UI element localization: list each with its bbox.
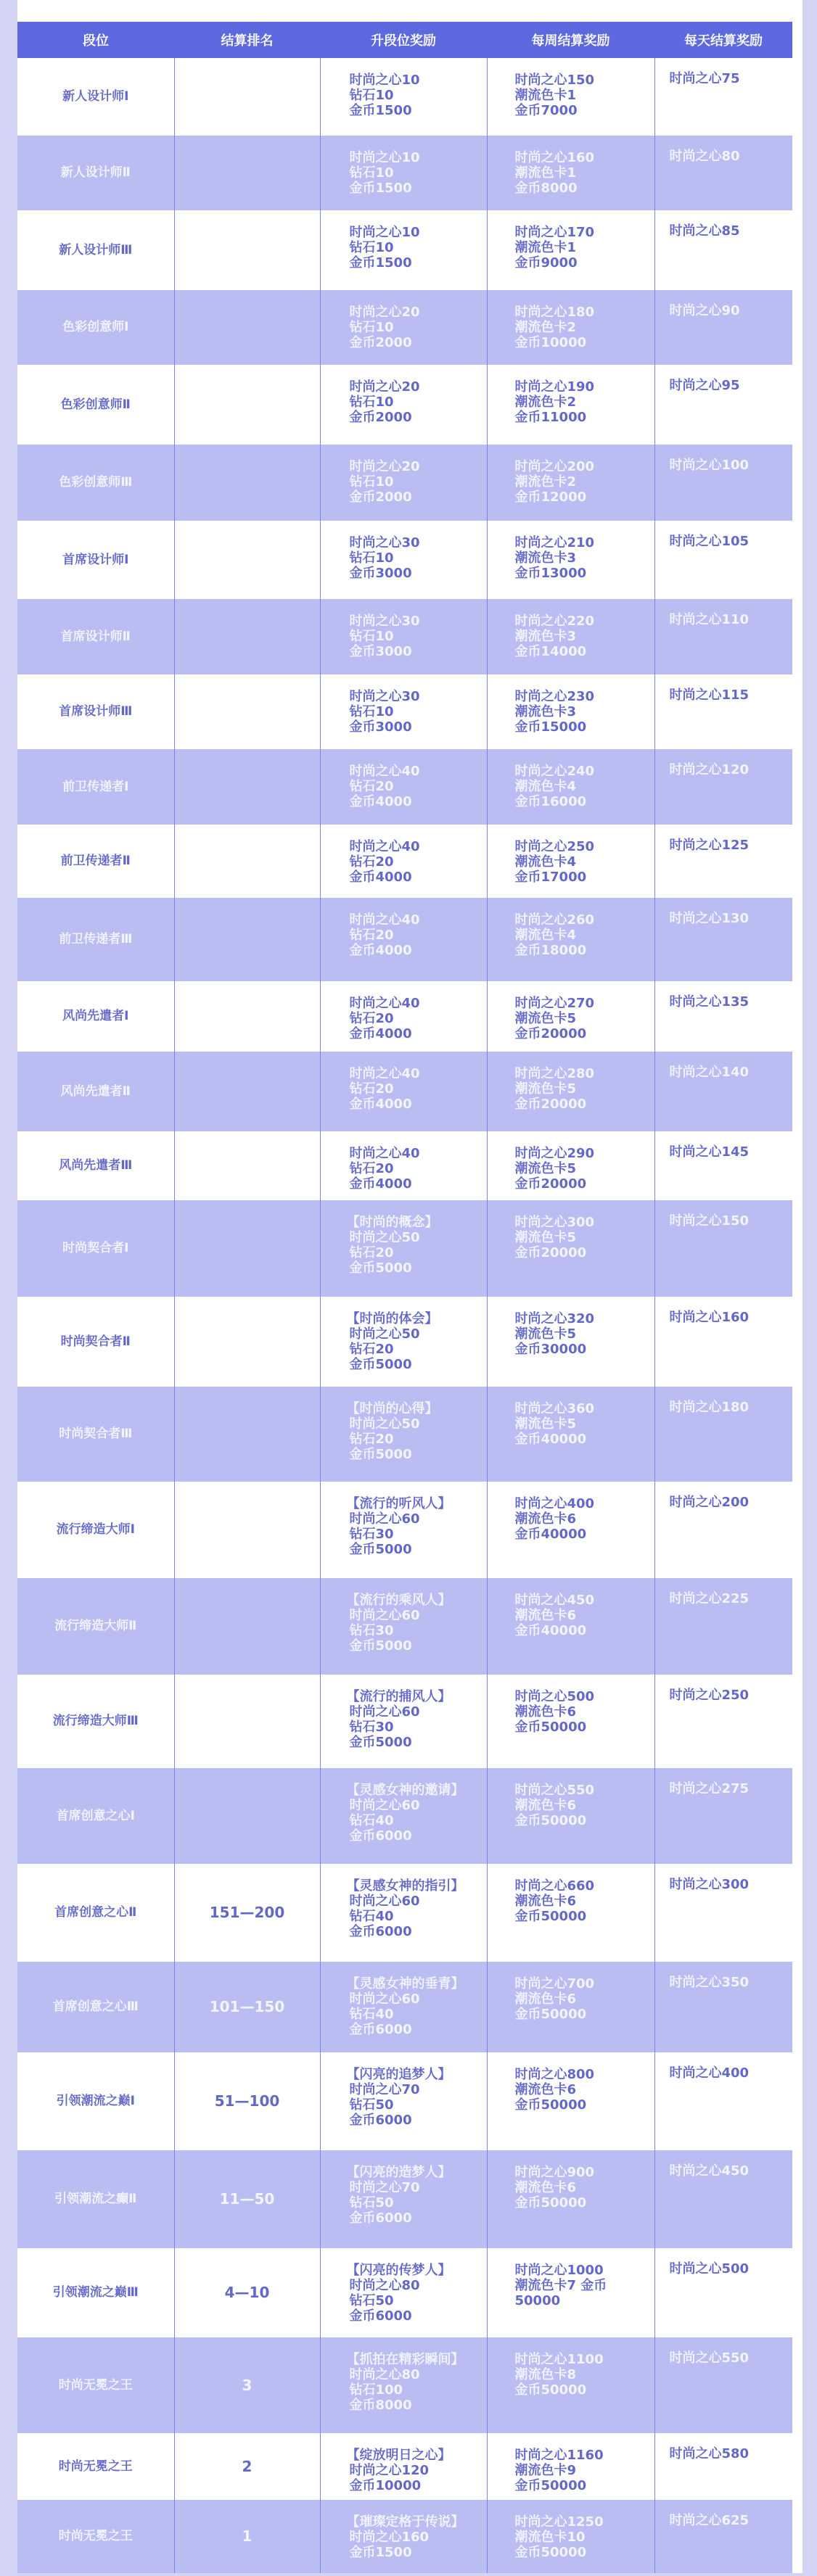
reward-line: 金币14000: [515, 644, 654, 659]
table-row: 流行缔造大师Ⅱ【流行的乘风人】时尚之心60钻石30金币5000时尚之心450潮流…: [17, 1578, 792, 1675]
rank-cell: [174, 445, 320, 521]
promotion-reward-cell: 【时尚的概念】时尚之心50钻石20金币5000: [320, 1200, 487, 1297]
reward-line: 时尚之心60: [350, 1511, 487, 1527]
tier-cell: 首席创意之心Ⅱ: [17, 1864, 174, 1962]
reward-line: 时尚之心1160: [515, 2448, 654, 2463]
tier-cell: 风尚先遣者Ⅱ: [17, 1052, 174, 1131]
tier-cell: 风尚先遣者Ⅰ: [17, 981, 174, 1052]
reward-line: 时尚之心50: [350, 1326, 487, 1342]
reward-line: 钻石10: [350, 395, 487, 410]
daily-reward-cell: 时尚之心105: [654, 521, 792, 599]
reward-line: 时尚之心225: [670, 1591, 793, 1606]
tier-cell: 新人设计师Ⅲ: [17, 210, 174, 290]
promotion-reward-cell: 时尚之心40钻石20金币4000: [320, 749, 487, 825]
reward-line: 时尚之心140: [670, 1065, 793, 1080]
reward-line: 金币50000: [515, 2097, 654, 2113]
promotion-reward-cell: 时尚之心40钻石20金币4000: [320, 825, 487, 898]
rank-cell: [174, 749, 320, 825]
reward-line: 金币3000: [350, 566, 487, 581]
table-row: 流行缔造大师Ⅲ【流行的捕风人】时尚之心60钻石30金币5000时尚之心500潮流…: [17, 1675, 792, 1768]
daily-reward-cell: 时尚之心250: [654, 1675, 792, 1768]
reward-line: 潮流色卡4: [515, 779, 654, 794]
reward-line: 时尚之心120: [350, 2463, 487, 2478]
tier-cell: 前卫传递者Ⅰ: [17, 749, 174, 825]
weekly-reward-cell: 时尚之心1100潮流色卡8金币50000: [487, 2337, 654, 2433]
tier-cell: 首席创意之心Ⅰ: [17, 1768, 174, 1864]
reward-line: 潮流色卡2: [515, 395, 654, 410]
reward-line: 潮流色卡2: [515, 474, 654, 490]
reward-line: 金币1500: [350, 181, 487, 196]
weekly-reward-cell: 时尚之心900潮流色卡6金币50000: [487, 2150, 654, 2248]
table-row: 首席设计师Ⅰ时尚之心30钻石10金币3000时尚之心210潮流色卡3金币1300…: [17, 521, 792, 599]
reward-line: 钻石10: [350, 704, 487, 719]
tier-cell: 流行缔造大师Ⅰ: [17, 1482, 174, 1578]
reward-line: 潮流色卡3: [515, 629, 654, 644]
reward-line: 时尚之心450: [515, 1593, 654, 1608]
reward-line: 金币5000: [350, 1638, 487, 1654]
daily-reward-cell: 时尚之心300: [654, 1864, 792, 1962]
daily-reward-cell: 时尚之心400: [654, 2052, 792, 2150]
promotion-reward-cell: 时尚之心10钻石10金币1500: [320, 58, 487, 136]
weekly-reward-cell: 时尚之心450潮流色卡6金币40000: [487, 1578, 654, 1675]
table-row: 新人设计师Ⅰ时尚之心10钻石10金币1500时尚之心150潮流色卡1金币7000…: [17, 58, 792, 136]
reward-line: 时尚之心900: [515, 2165, 654, 2180]
reward-line: 时尚之心60: [350, 1608, 487, 1623]
reward-line: 潮流色卡3: [515, 704, 654, 719]
table-row: 前卫传递者Ⅲ时尚之心40钻石20金币4000时尚之心260潮流色卡4金币1800…: [17, 898, 792, 981]
reward-line: 时尚之心550: [670, 2350, 793, 2366]
reward-line: 时尚之心800: [515, 2067, 654, 2082]
reward-line: 金币50000: [515, 1720, 654, 1735]
daily-reward-cell: 时尚之心580: [654, 2433, 792, 2500]
promotion-reward-cell: 【绽放明日之心】时尚之心120金币10000: [320, 2433, 487, 2500]
reward-line: 时尚之心240: [515, 764, 654, 779]
rank-cell: [174, 210, 320, 290]
rank-cell: [174, 674, 320, 749]
rank-cell: [174, 1297, 320, 1387]
tier-cell: 时尚契合者Ⅰ: [17, 1200, 174, 1297]
reward-line: 【闪亮的传梦人】: [347, 2263, 487, 2278]
weekly-reward-cell: 时尚之心280潮流色卡5金币20000: [487, 1052, 654, 1131]
table-row: 时尚契合者Ⅲ【时尚的心得】时尚之心50钻石20金币5000时尚之心360潮流色卡…: [17, 1387, 792, 1482]
table-row: 首席设计师Ⅲ时尚之心30钻石10金币3000时尚之心230潮流色卡3金币1500…: [17, 674, 792, 749]
reward-line: 金币6000: [350, 2113, 487, 2128]
reward-line: 潮流色卡5: [515, 1230, 654, 1245]
reward-line: 钻石30: [350, 1720, 487, 1735]
promotion-reward-cell: 【流行的乘风人】时尚之心60钻石30金币5000: [320, 1578, 487, 1675]
reward-line: 时尚之心85: [670, 223, 793, 239]
rank-cell: [174, 1482, 320, 1578]
reward-line: 时尚之心1250: [515, 2514, 654, 2530]
rank-cell: [174, 898, 320, 981]
reward-line: 金币3000: [350, 719, 487, 735]
weekly-reward-cell: 时尚之心660潮流色卡6金币50000: [487, 1864, 654, 1962]
reward-line: 【流行的听风人】: [347, 1496, 487, 1511]
reward-line: 时尚之心60: [350, 1798, 487, 1813]
tier-cell: 引领潮流之巅Ⅲ: [17, 2248, 174, 2337]
reward-line: 时尚之心400: [515, 1496, 654, 1511]
reward-line: 【闪亮的追梦人】: [347, 2067, 487, 2082]
promotion-reward-cell: 【闪亮的追梦人】时尚之心70钻石50金币6000: [320, 2052, 487, 2150]
reward-line: 钻石10: [350, 165, 487, 181]
reward-line: 时尚之心1100: [515, 2352, 654, 2367]
promotion-reward-cell: 【抓拍在精彩瞬间】时尚之心80钻石100金币8000: [320, 2337, 487, 2433]
reward-line: 潮流色卡4: [515, 928, 654, 943]
weekly-reward-cell: 时尚之心230潮流色卡3金币15000: [487, 674, 654, 749]
reward-line: 时尚之心200: [515, 459, 654, 474]
promotion-reward-cell: 【时尚的体会】时尚之心50钻石20金币5000: [320, 1297, 487, 1387]
reward-line: 金币17000: [515, 870, 654, 885]
reward-line: 钻石20: [350, 1011, 487, 1026]
reward-line: 时尚之心40: [350, 912, 487, 928]
reward-line: 钻石40: [350, 1813, 487, 1828]
tier-cell: 引领潮流之巅Ⅰ: [17, 2052, 174, 2150]
promotion-reward-cell: 【闪亮的造梦人】时尚之心70钻石50金币6000: [320, 2150, 487, 2248]
rank-cell: [174, 825, 320, 898]
daily-reward-cell: 时尚之心125: [654, 825, 792, 898]
reward-line: 潮流色卡4: [515, 854, 654, 870]
promotion-reward-cell: 【时尚的心得】时尚之心50钻石20金币5000: [320, 1387, 487, 1482]
reward-line: 金币11000: [515, 410, 654, 425]
tier-cell: 首席创意之心Ⅲ: [17, 1962, 174, 2052]
reward-line: 时尚之心130: [670, 911, 793, 926]
reward-line: 时尚之心350: [670, 1975, 793, 1990]
reward-line: 金币50000: [515, 2545, 654, 2560]
reward-line: 钻石10: [350, 629, 487, 644]
tier-cell: 首席设计师Ⅱ: [17, 599, 174, 674]
weekly-reward-cell: 时尚之心180潮流色卡2金币10000: [487, 290, 654, 365]
reward-line: 钻石20: [350, 779, 487, 794]
promotion-reward-cell: 时尚之心30钻石10金币3000: [320, 674, 487, 749]
promotion-reward-cell: 时尚之心30钻石10金币3000: [320, 521, 487, 599]
reward-line: 时尚之心160: [350, 2530, 487, 2545]
reward-line: 时尚之心20: [350, 305, 487, 320]
reward-line: 金币4000: [350, 1176, 487, 1192]
table-row: 新人设计师Ⅲ时尚之心10钻石10金币1500时尚之心170潮流色卡1金币9000…: [17, 210, 792, 290]
reward-line: 金币8000: [350, 2398, 487, 2413]
promotion-reward-cell: 时尚之心20钻石10金币2000: [320, 290, 487, 365]
reward-line: 金币50000: [515, 2007, 654, 2022]
reward-line: 时尚之心10: [350, 73, 487, 88]
reward-line: 金币12000: [515, 490, 654, 505]
tier-cell: 流行缔造大师Ⅱ: [17, 1578, 174, 1675]
reward-line: 时尚之心20: [350, 459, 487, 474]
reward-line: 时尚之心450: [670, 2163, 793, 2179]
reward-line: 钻石40: [350, 2007, 487, 2022]
reward-line: 金币50000: [515, 2195, 654, 2210]
reward-line: 时尚之心30: [350, 689, 487, 704]
reward-line: 潮流色卡9: [515, 2463, 654, 2478]
header-daily-reward: 每天结算奖励: [654, 22, 792, 58]
reward-line: 时尚之心70: [350, 2180, 487, 2195]
reward-line: 钻石50: [350, 2097, 487, 2113]
reward-line: 金币50000: [515, 1909, 654, 1924]
reward-line: 【灵感女神的邀请】: [347, 1783, 487, 1798]
rank-cell: 2: [174, 2433, 320, 2500]
reward-line: 时尚之心40: [350, 764, 487, 779]
reward-line: 钻石20: [350, 1245, 487, 1260]
reward-line: 金币7000: [515, 103, 654, 118]
weekly-reward-cell: 时尚之心400潮流色卡6金币40000: [487, 1482, 654, 1578]
reward-line: 时尚之心150: [515, 73, 654, 88]
rank-cell: [174, 1387, 320, 1482]
reward-line: 50000: [515, 2293, 654, 2308]
reward-line: 时尚之心500: [670, 2261, 793, 2276]
reward-line: 时尚之心180: [670, 1400, 793, 1415]
reward-line: 金币40000: [515, 1432, 654, 1447]
tier-cell: 新人设计师Ⅱ: [17, 136, 174, 210]
rank-cell: [174, 1675, 320, 1768]
reward-line: 金币1500: [350, 255, 487, 271]
reward-line: 时尚之心40: [350, 1066, 487, 1081]
table-row: 首席创意之心Ⅰ【灵感女神的邀请】时尚之心60钻石40金币6000时尚之心550潮…: [17, 1768, 792, 1864]
reward-line: 钻石10: [350, 240, 487, 255]
reward-line: 钻石10: [350, 550, 487, 566]
reward-line: 金币5000: [350, 1542, 487, 1557]
weekly-reward-cell: 时尚之心260潮流色卡4金币18000: [487, 898, 654, 981]
promotion-reward-cell: 时尚之心10钻石10金币1500: [320, 136, 487, 210]
reward-line: 时尚之心80: [670, 149, 793, 164]
promotion-reward-cell: 【灵感女神的指引】时尚之心60钻石40金币6000: [320, 1864, 487, 1962]
weekly-reward-cell: 时尚之心250潮流色卡4金币17000: [487, 825, 654, 898]
reward-line: 金币3000: [350, 644, 487, 659]
rank-cell: [174, 136, 320, 210]
reward-line: 金币20000: [515, 1097, 654, 1112]
tier-cell: 风尚先遣者Ⅲ: [17, 1131, 174, 1200]
reward-line: 钻石20: [350, 1342, 487, 1357]
weekly-reward-cell: 时尚之心1160潮流色卡9金币50000: [487, 2433, 654, 2500]
table-row: 首席设计师Ⅱ时尚之心30钻石10金币3000时尚之心220潮流色卡3金币1400…: [17, 599, 792, 674]
reward-line: 金币20000: [515, 1176, 654, 1192]
tier-cell: 色彩创意师Ⅱ: [17, 365, 174, 445]
table-row: 风尚先遣者Ⅰ时尚之心40钻石20金币4000时尚之心270潮流色卡5金币2000…: [17, 981, 792, 1052]
daily-reward-cell: 时尚之心225: [654, 1578, 792, 1675]
reward-line: 时尚之心320: [515, 1311, 654, 1326]
reward-line: 钻石10: [350, 88, 487, 103]
reward-line: 金币10000: [350, 2478, 487, 2493]
weekly-reward-cell: 时尚之心160潮流色卡1金币8000: [487, 136, 654, 210]
reward-line: 时尚之心10: [350, 225, 487, 240]
reward-line: 金币4000: [350, 794, 487, 809]
reward-line: 时尚之心580: [670, 2446, 793, 2461]
reward-line: 【璀璨定格于传说】: [347, 2514, 487, 2530]
reward-line: 金币30000: [515, 1342, 654, 1357]
table-row: 流行缔造大师Ⅰ【流行的听风人】时尚之心60钻石30金币5000时尚之心400潮流…: [17, 1482, 792, 1578]
daily-reward-cell: 时尚之心75: [654, 58, 792, 136]
header-promotion-reward: 升段位奖励: [320, 22, 487, 58]
reward-line: 【绽放明日之心】: [347, 2448, 487, 2463]
promotion-reward-cell: 时尚之心10钻石10金币1500: [320, 210, 487, 290]
reward-line: 潮流色卡5: [515, 1081, 654, 1097]
reward-line: 金币2000: [350, 490, 487, 505]
promotion-reward-cell: 时尚之心40钻石20金币4000: [320, 1052, 487, 1131]
table-row: 风尚先遣者Ⅲ时尚之心40钻石20金币4000时尚之心290潮流色卡5金币2000…: [17, 1131, 792, 1200]
weekly-reward-cell: 时尚之心270潮流色卡5金币20000: [487, 981, 654, 1052]
reward-line: 潮流色卡3: [515, 550, 654, 566]
promotion-reward-cell: 【灵感女神的邀请】时尚之心60钻石40金币6000: [320, 1768, 487, 1864]
reward-line: 时尚之心180: [515, 305, 654, 320]
reward-line: 时尚之心500: [515, 1689, 654, 1704]
reward-line: 金币18000: [515, 943, 654, 958]
weekly-reward-cell: 时尚之心500潮流色卡6金币50000: [487, 1675, 654, 1768]
table-body: 新人设计师Ⅰ时尚之心10钻石10金币1500时尚之心150潮流色卡1金币7000…: [17, 58, 792, 2573]
reward-line: 时尚之心145: [670, 1144, 793, 1160]
promotion-reward-cell: 【灵感女神的垂青】时尚之心60钻石40金币6000: [320, 1962, 487, 2052]
reward-line: 金币5000: [350, 1260, 487, 1276]
rank-cell: [174, 1578, 320, 1675]
table-row: 时尚契合者Ⅰ【时尚的概念】时尚之心50钻石20金币5000时尚之心300潮流色卡…: [17, 1200, 792, 1297]
daily-reward-cell: 时尚之心180: [654, 1387, 792, 1482]
reward-line: 潮流色卡6: [515, 1511, 654, 1527]
daily-reward-cell: 时尚之心275: [654, 1768, 792, 1864]
reward-line: 钻石40: [350, 1909, 487, 1924]
reward-line: 金币20000: [515, 1026, 654, 1041]
reward-line: 钻石50: [350, 2293, 487, 2308]
promotion-reward-cell: 时尚之心40钻石20金币4000: [320, 898, 487, 981]
reward-line: 时尚之心300: [515, 1215, 654, 1230]
reward-line: 时尚之心300: [670, 1877, 793, 1892]
reward-line: 潮流色卡6: [515, 1894, 654, 1909]
daily-reward-cell: 时尚之心130: [654, 898, 792, 981]
reward-line: 时尚之心125: [670, 838, 793, 853]
daily-reward-cell: 时尚之心160: [654, 1297, 792, 1387]
reward-line: 【灵感女神的垂青】: [347, 1976, 487, 1991]
rank-cell: [174, 1200, 320, 1297]
tier-cell: 流行缔造大师Ⅲ: [17, 1675, 174, 1768]
reward-line: 潮流色卡1: [515, 88, 654, 103]
reward-line: 金币2000: [350, 335, 487, 350]
rank-cell: 51—100: [174, 2052, 320, 2150]
reward-line: 时尚之心60: [350, 1991, 487, 2007]
reward-line: 潮流色卡6: [515, 1704, 654, 1720]
rank-cell: [174, 599, 320, 674]
reward-line: 金币2000: [350, 410, 487, 425]
daily-reward-cell: 时尚之心135: [654, 981, 792, 1052]
weekly-reward-cell: 时尚之心170潮流色卡1金币9000: [487, 210, 654, 290]
reward-line: 金币5000: [350, 1357, 487, 1372]
reward-line: 潮流色卡8: [515, 2367, 654, 2382]
tier-cell: 色彩创意师Ⅰ: [17, 290, 174, 365]
tier-cell: 时尚无冕之王: [17, 2433, 174, 2500]
tier-cell: 前卫传递者Ⅲ: [17, 898, 174, 981]
reward-line: 【流行的捕风人】: [347, 1689, 487, 1704]
reward-line: 时尚之心190: [515, 379, 654, 395]
reward-line: 时尚之心660: [515, 1878, 654, 1894]
tier-cell: 新人设计师Ⅰ: [17, 58, 174, 136]
reward-line: 金币50000: [515, 2382, 654, 2398]
weekly-reward-cell: 时尚之心300潮流色卡5金币20000: [487, 1200, 654, 1297]
reward-line: 金币10000: [515, 335, 654, 350]
reward-line: 金币4000: [350, 1097, 487, 1112]
weekly-reward-cell: 时尚之心1250潮流色卡10金币50000: [487, 2500, 654, 2573]
reward-line: 时尚之心40: [350, 996, 487, 1011]
reward-line: 时尚之心150: [670, 1213, 793, 1229]
reward-line: 潮流色卡5: [515, 1326, 654, 1342]
reward-line: 潮流色卡6: [515, 1608, 654, 1623]
promotion-reward-cell: 【流行的捕风人】时尚之心60钻石30金币5000: [320, 1675, 487, 1768]
daily-reward-cell: 时尚之心95: [654, 365, 792, 445]
reward-line: 时尚之心10: [350, 150, 487, 165]
reward-line: 金币4000: [350, 1026, 487, 1041]
daily-reward-cell: 时尚之心145: [654, 1131, 792, 1200]
reward-line: 时尚之心110: [670, 612, 793, 627]
table-row: 色彩创意师Ⅱ时尚之心20钻石10金币2000时尚之心190潮流色卡2金币1100…: [17, 365, 792, 445]
reward-line: 钻石20: [350, 1432, 487, 1447]
reward-line: 金币20000: [515, 1245, 654, 1260]
reward-line: 钻石30: [350, 1623, 487, 1638]
reward-line: 潮流色卡5: [515, 1011, 654, 1026]
reward-line: 时尚之心50: [350, 1230, 487, 1245]
promotion-reward-cell: 【闪亮的传梦人】时尚之心80钻石50金币6000: [320, 2248, 487, 2337]
reward-line: 时尚之心700: [515, 1976, 654, 1991]
reward-line: 钻石50: [350, 2195, 487, 2210]
daily-reward-cell: 时尚之心350: [654, 1962, 792, 2052]
rank-cell: 1: [174, 2500, 320, 2573]
daily-reward-cell: 时尚之心110: [654, 599, 792, 674]
weekly-reward-cell: 时尚之心150潮流色卡1金币7000: [487, 58, 654, 136]
reward-line: 潮流色卡6: [515, 1798, 654, 1813]
reward-line: 潮流色卡5: [515, 1161, 654, 1176]
reward-line: 时尚之心230: [515, 689, 654, 704]
reward-line: 时尚之心50: [350, 1416, 487, 1432]
reward-line: 金币40000: [515, 1527, 654, 1542]
table-row: 首席创意之心Ⅲ101—150【灵感女神的垂青】时尚之心60钻石40金币6000时…: [17, 1962, 792, 2052]
reward-line: 时尚之心200: [670, 1495, 793, 1510]
reward-line: 时尚之心550: [515, 1783, 654, 1798]
table-row: 引领潮流之巅Ⅲ4—10【闪亮的传梦人】时尚之心80钻石50金币6000时尚之心1…: [17, 2248, 792, 2337]
reward-line: 金币13000: [515, 566, 654, 581]
reward-line: 金币4000: [350, 870, 487, 885]
table-row: 时尚无冕之王2【绽放明日之心】时尚之心120金币10000时尚之心1160潮流色…: [17, 2433, 792, 2500]
daily-reward-cell: 时尚之心115: [654, 674, 792, 749]
reward-line: 金币50000: [515, 2478, 654, 2493]
reward-line: 时尚之心275: [670, 1781, 793, 1796]
reward-line: 时尚之心250: [670, 1688, 793, 1703]
rank-cell: [174, 1768, 320, 1864]
daily-reward-cell: 时尚之心100: [654, 445, 792, 521]
header-rank: 结算排名: [174, 22, 320, 58]
reward-line: 潮流色卡1: [515, 165, 654, 181]
reward-line: 【闪亮的造梦人】: [347, 2165, 487, 2180]
reward-line: 钻石10: [350, 320, 487, 335]
reward-line: 金币50000: [515, 1813, 654, 1828]
reward-line: 金币15000: [515, 719, 654, 735]
reward-line: 时尚之心135: [670, 994, 793, 1010]
rank-cell: [174, 58, 320, 136]
reward-line: 时尚之心220: [515, 614, 654, 629]
reward-line: 【抓拍在精彩瞬间】: [347, 2352, 487, 2367]
reward-line: 钻石10: [350, 474, 487, 490]
table-header: 段位 结算排名 升段位奖励 每周结算奖励 每天结算奖励: [17, 22, 792, 58]
reward-line: 潮流色卡6: [515, 2180, 654, 2195]
reward-line: 金币4000: [350, 943, 487, 958]
reward-line: 时尚之心80: [350, 2278, 487, 2293]
reward-line: 金币6000: [350, 2308, 487, 2324]
rank-cell: 101—150: [174, 1962, 320, 2052]
weekly-reward-cell: 时尚之心190潮流色卡2金币11000: [487, 365, 654, 445]
weekly-reward-cell: 时尚之心220潮流色卡3金币14000: [487, 599, 654, 674]
daily-reward-cell: 时尚之心150: [654, 1200, 792, 1297]
reward-line: 时尚之心400: [670, 2065, 793, 2081]
reward-line: 时尚之心260: [515, 912, 654, 928]
reward-line: 金币6000: [350, 2210, 487, 2226]
table-row: 风尚先遣者Ⅱ时尚之心40钻石20金币4000时尚之心280潮流色卡5金币2000…: [17, 1052, 792, 1131]
reward-line: 【时尚的概念】: [347, 1215, 487, 1230]
reward-line: 金币1500: [350, 2545, 487, 2560]
reward-line: 时尚之心20: [350, 379, 487, 395]
tier-cell: 色彩创意师Ⅲ: [17, 445, 174, 521]
reward-line: 钻石30: [350, 1527, 487, 1542]
